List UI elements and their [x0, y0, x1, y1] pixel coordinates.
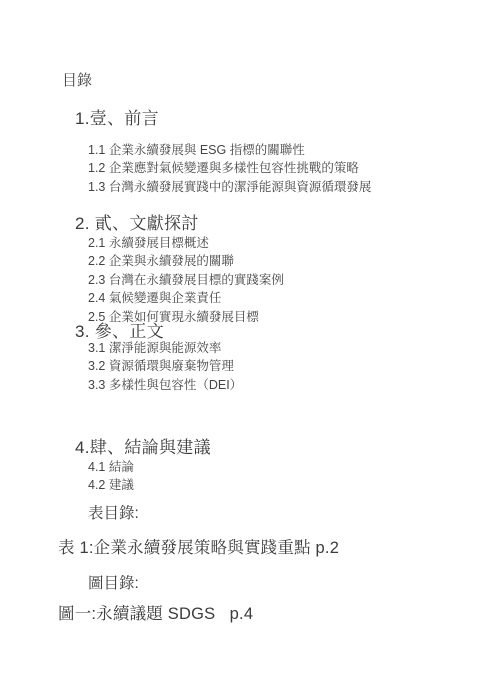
toc-item: 4.2 建議 [88, 476, 134, 494]
toc-item: 3.3 多樣性與包容性（DEI） [88, 376, 242, 394]
section-items-main-text: 3.1 潔淨能源與能源效率 3.2 資源循環與廢棄物管理 3.3 多樣性與包容性… [88, 339, 242, 394]
toc-title: 目錄 [62, 72, 92, 90]
toc-item: 3.1 潔淨能源與能源效率 [88, 339, 242, 357]
toc-item: 2.4 氣候變遷與企業責任 [88, 289, 284, 307]
list-of-figures-heading: 圖目錄: [88, 574, 139, 593]
toc-item: 1.3 台灣永續發展實踐中的潔淨能源與資源循環發展 [88, 178, 371, 196]
toc-item: 1.2 企業應對氣候變遷與多樣性包容性挑戰的策略 [88, 159, 371, 177]
section-heading-literature-review: 2. 貳、文獻探討 [75, 214, 199, 234]
toc-item: 4.1 結論 [88, 458, 134, 476]
section-items-conclusion: 4.1 結論 4.2 建議 [88, 458, 134, 495]
list-of-tables-heading: 表目錄: [88, 504, 139, 523]
table-entry: 表 1:企業永續發展策略與實踐重點 p.2 [58, 538, 339, 558]
figure-entry: 圖一:永續議題 SDGS p.4 [58, 604, 253, 624]
toc-item: 3.2 資源循環與廢棄物管理 [88, 357, 242, 375]
toc-item: 2.2 企業與永續發展的關聯 [88, 252, 284, 270]
document-page: 目錄 1.壹、前言 1.1 企業永續發展與 ESG 指標的關聯性 1.2 企業應… [0, 0, 495, 700]
section-items-introduction: 1.1 企業永續發展與 ESG 指標的關聯性 1.2 企業應對氣候變遷與多樣性包… [88, 141, 371, 196]
toc-item: 2.3 台灣在永續發展目標的實踐案例 [88, 271, 284, 289]
toc-item: 1.1 企業永續發展與 ESG 指標的關聯性 [88, 141, 371, 159]
section-heading-introduction: 1.壹、前言 [75, 109, 159, 129]
section-items-literature-review: 2.1 永續發展目標概述 2.2 企業與永續發展的關聯 2.3 台灣在永續發展目… [88, 234, 284, 326]
section-heading-conclusion: 4.肆、結論與建議 [75, 438, 211, 458]
toc-item: 2.1 永續發展目標概述 [88, 234, 284, 252]
